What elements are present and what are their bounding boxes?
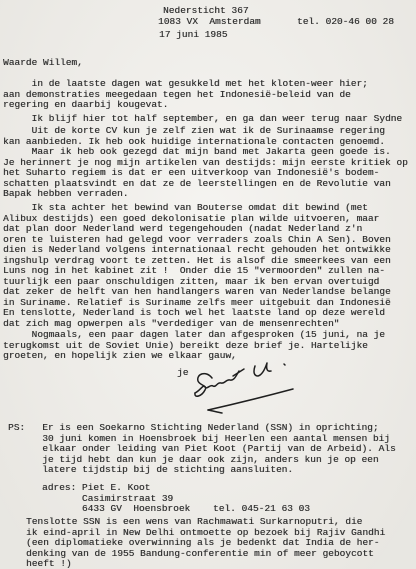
- text-line: in de laatste dagen wat gesukkeld met he…: [3, 79, 368, 90]
- closing-word: je: [177, 368, 188, 379]
- paragraph-suriname: Ik sta achter het bewind van Bouterse om…: [3, 203, 391, 329]
- text-line: En tenslotte, Nederland is toch wel het …: [3, 308, 391, 319]
- text-line: Ik blijf hier tot half september, en ga …: [3, 114, 402, 125]
- text-line: adres: Piet E. Koot: [42, 483, 310, 494]
- salutation: Waarde Willem,: [3, 58, 83, 69]
- scanned-letter-page: Nedersticht 367 1083 VX Amsterdam tel. 0…: [0, 0, 416, 569]
- text-line: denking van de 1955 Bandung-conferentie …: [26, 549, 385, 560]
- text-line: regering en daarbij kougevat.: [3, 100, 368, 111]
- sender-address: 1083 VX Amsterdam: [158, 17, 261, 28]
- text-line: (een diplomatieke overwinning als je bed…: [26, 538, 385, 549]
- text-line: Luns nog in het kabinet zit ! Onder die …: [3, 266, 391, 277]
- sender-phone: tel. 020-46 00 28: [297, 17, 394, 28]
- text-line: dat plan door Nederland werd tegengehoud…: [3, 224, 391, 235]
- letter-date: 17 juni 1985: [159, 30, 227, 41]
- paragraph-cv-jakarta: Uit de korte CV kun je zelf zien wat ik …: [3, 126, 408, 200]
- text-line: Maar ik heb ook gezegd dat mijn band met…: [3, 147, 408, 158]
- text-line: elkaar onder leiding van Piet Koot (Part…: [8, 444, 396, 455]
- text-line: 6433 GV Hoensbroek tel. 045-21 63 03: [42, 504, 310, 515]
- text-line: Nogmaals, een paar dagen later dan afges…: [3, 330, 385, 341]
- sender-name: Nedersticht 367: [163, 6, 249, 17]
- paragraph-weather: in de laatste dagen wat gesukkeld met he…: [3, 79, 368, 111]
- text-line: Ik sta achter het bewind van Bouterse om…: [3, 203, 391, 214]
- paragraph-stay: Ik blijf hier tot half september, en ga …: [3, 114, 402, 125]
- text-line: Uit de korte CV kun je zelf zien wat ik …: [3, 126, 408, 137]
- text-line: heeft !): [26, 559, 385, 569]
- text-line: Bapak hebben verraden.: [3, 189, 408, 200]
- handwritten-signature: [188, 354, 303, 416]
- text-line: dien is Nederland volgens internationaal…: [3, 245, 391, 256]
- text-line: dat zich mag opwerpen als "verdediger va…: [3, 319, 391, 330]
- text-line: dat zeker de helft van hen handlangers w…: [3, 287, 391, 298]
- contact-address: adres: Piet E. Koot Casimirstraat 39 643…: [42, 483, 310, 515]
- text-line: latere tijdstip bij de stichting aanslui…: [8, 465, 396, 476]
- text-line: PS: Er is een Soekarno Stichting Nederla…: [8, 423, 396, 434]
- final-note-block: Tenslotte SSN is een wens van Rachmawati…: [26, 517, 385, 569]
- text-line: het Suharto regiem is dat er een uitverk…: [3, 168, 408, 179]
- signature-ink-icon: [188, 354, 303, 416]
- postscript-block: PS: Er is een Soekarno Stichting Nederla…: [8, 423, 396, 476]
- text-line: Tenslotte SSN is een wens van Rachmawati…: [26, 517, 385, 528]
